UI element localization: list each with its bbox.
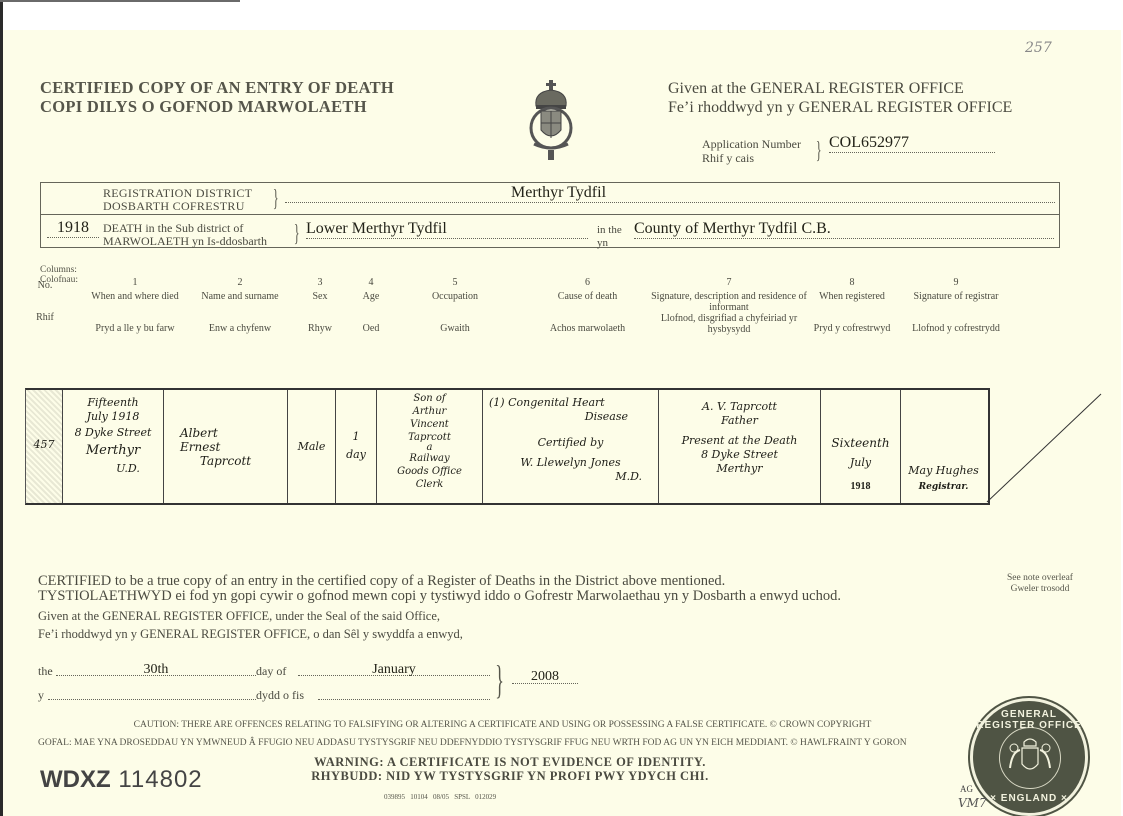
see-note: See note overleaf Gweler trosodd xyxy=(985,573,1095,595)
title-cy: COPI DILYS O GOFNOD MARWOLAETH xyxy=(40,97,367,117)
county-label-en: in the xyxy=(597,224,622,236)
application-label-cy: Rhif y cais xyxy=(702,151,754,166)
column-header-6: 6 Cause of death Achos marwolaeth xyxy=(535,277,640,334)
initials-handwritten: VM7 xyxy=(958,796,987,810)
seal-bottom-text: × ENGLAND × xyxy=(973,793,1085,804)
title-en: CERTIFIED COPY OF AN ENTRY OF DEATH xyxy=(40,78,394,98)
year-value: 1918 xyxy=(47,219,99,238)
brace: } xyxy=(294,222,300,246)
entry-age: 1 day xyxy=(336,390,377,503)
entry-name: Albert Ernest Taprcott xyxy=(164,390,288,503)
column-header-4: 4 Age Oed xyxy=(351,277,391,334)
day-field: 30th xyxy=(56,660,256,676)
brace: } xyxy=(273,187,279,211)
dydd-label: dydd o fis xyxy=(256,688,304,703)
office-en: Given at the GENERAL REGISTER OFFICE xyxy=(668,79,964,98)
brace: } xyxy=(816,139,822,163)
divider xyxy=(40,214,1060,215)
page-number-handwritten: 257 xyxy=(1025,40,1052,56)
entry-informant: A. V. Taprcott Father Present at the Dea… xyxy=(659,390,821,503)
entry-no: 457 xyxy=(26,390,63,503)
cancellation-line xyxy=(985,390,1105,505)
column-header-8: 8 When registered Pryd y cofrestrwyd xyxy=(812,277,892,334)
serial-number: WDXZ 114802 xyxy=(40,766,203,794)
print-code: 039895 10104 08/05 SPSL 012029 xyxy=(384,793,496,801)
warning: WARNING: A CERTIFICATE IS NOT EVIDENCE O… xyxy=(250,755,770,783)
given-en: Given at the GENERAL REGISTER OFFICE, un… xyxy=(38,609,440,624)
column-header-2: 2 Name and surname Enw a chyfenw xyxy=(185,277,295,334)
y-label: y xyxy=(38,688,44,703)
certified-cy: TYSTIOLAETHWYD ei fod yn gopi cywir o go… xyxy=(38,588,841,605)
application-number: COL652977 xyxy=(829,134,995,153)
column-header-1: 1 When and where died Pryd a lle y bu fa… xyxy=(75,277,195,334)
the-label: the xyxy=(38,664,53,679)
death-entry-row: 457 Fifteenth July 1918 8 Dyke Street Me… xyxy=(25,388,990,505)
dydd-field xyxy=(48,686,256,700)
entry-cause: (1) Congenital Heart Disease Certified b… xyxy=(483,390,659,503)
entry-sex: Male xyxy=(288,390,336,503)
mis-field xyxy=(318,686,490,700)
application-label-en: Application Number xyxy=(702,137,801,152)
royal-crest-icon xyxy=(528,78,574,164)
column-header-7: 7 Signature, description and residence o… xyxy=(648,277,810,335)
seal-arms xyxy=(999,727,1061,789)
given-cy: Fe’i rhoddwyd yn y GENERAL REGISTER OFFI… xyxy=(38,627,463,642)
district-value: Merthyr Tydfil xyxy=(511,184,606,202)
column-header-no: No. Rhif xyxy=(30,277,60,323)
scan-top-edge xyxy=(0,0,240,2)
entry-registered: Sixteenth July 1918 xyxy=(821,390,901,503)
month-field: January xyxy=(298,660,490,676)
office-cy: Fe’i rhoddwyd yn y GENERAL REGISTER OFFI… xyxy=(668,98,1012,117)
subdistrict-value: Lower Merthyr Tydfil xyxy=(306,220,588,239)
county-value: County of Merthyr Tydfil C.B. xyxy=(634,220,1054,239)
entry-when-where: Fifteenth July 1918 8 Dyke Street Merthy… xyxy=(63,390,164,503)
caution-en: CAUTION: THERE ARE OFFENCES RELATING TO … xyxy=(30,720,975,730)
entry-registrar: May Hughes Registrar. xyxy=(901,390,986,503)
subdistrict-label-cy: MARWOLAETH yn Is-ddosbarth xyxy=(103,234,267,249)
district-label-cy: DOSBARTH COFRESTRU xyxy=(103,199,245,214)
day-of-label: day of xyxy=(256,664,286,679)
column-header-5: 5 Occupation Gwaith xyxy=(405,277,505,334)
gro-seal-icon: GENERAL REGISTER OFFICE × ENGLAND × xyxy=(970,698,1088,816)
columns-label-en: Columns: xyxy=(40,265,77,275)
seal-top-text: GENERAL REGISTER OFFICE xyxy=(973,709,1085,731)
county-label-cy: yn xyxy=(597,237,608,249)
brace: } xyxy=(495,658,504,702)
caution-cy: GOFAL: MAE YNA DROSEDDAU YN YMWNEUD Â FF… xyxy=(38,738,907,748)
column-header-3: 3 Sex Rhyw xyxy=(300,277,340,334)
column-header-9: 9 Signature of registrar Llofnod y cofre… xyxy=(900,277,1012,334)
district-field: Merthyr Tydfil xyxy=(285,184,1055,203)
initials: AG xyxy=(960,784,973,794)
entry-occupation: Son of Arthur Vincent Taprcott a Railway… xyxy=(377,390,483,503)
year-field: 2008 xyxy=(512,667,578,684)
